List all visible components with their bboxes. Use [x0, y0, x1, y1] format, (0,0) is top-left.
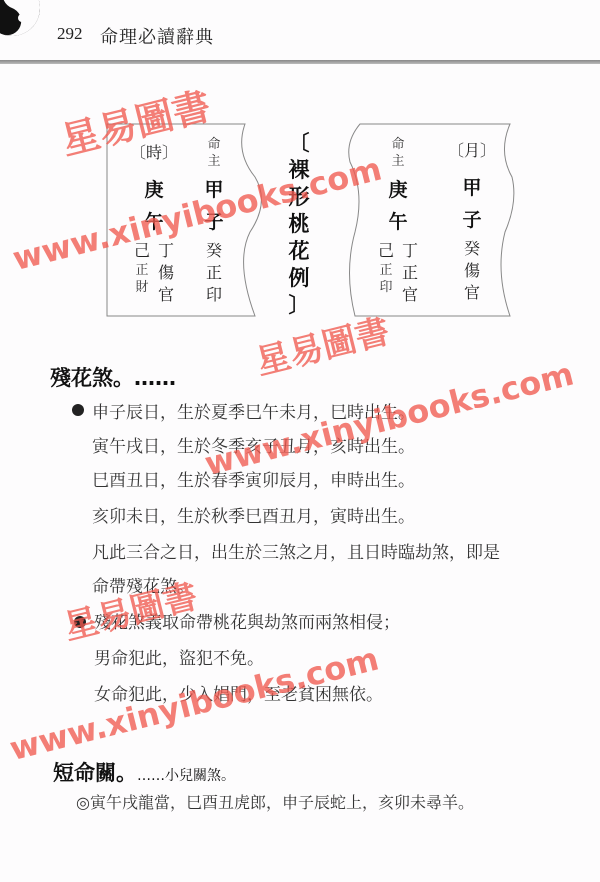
title-char: 例 [287, 265, 311, 292]
ten-god: 傷 [158, 262, 174, 284]
ten-god: 印 [379, 279, 392, 296]
ten-god: 正 [135, 262, 148, 279]
hidden-stem: 癸 [206, 240, 222, 262]
right-month-column: 〔月〕 甲 子 癸 傷 官 [440, 140, 504, 304]
title-char: 〔 [287, 130, 311, 157]
body-line: 申子辰日，生於夏季巳午未月，巳時出生。 [92, 398, 415, 423]
body-line: 殘花煞義取命帶桃花與劫煞而兩煞相侵； [94, 608, 400, 633]
ten-god: 正 [402, 262, 418, 284]
day-branch: 午 [388, 206, 407, 238]
left-hour-column: 〔時〕 庚 午 己 正 財 丁 傷 官 [126, 142, 182, 306]
month-label: 〔月〕 [448, 140, 496, 162]
ten-god: 官 [158, 284, 174, 306]
title-char: 〕 [287, 292, 311, 319]
hour-label: 〔時〕 [130, 142, 178, 164]
yin-yang-icon [0, 0, 42, 38]
left-day-column: 命 主 甲 子 癸 正 印 [196, 136, 232, 306]
hour-branch: 午 [144, 206, 163, 238]
ten-god: 印 [206, 284, 222, 306]
ming-zhu-label: 命 [207, 136, 220, 153]
ming-zhu-label: 主 [391, 153, 404, 170]
hidden-stem: 丁 [402, 240, 418, 262]
body-line: 男命犯此，盜犯不免。 [94, 644, 264, 669]
title-char: 形 [287, 184, 311, 211]
section-subtitle: ……小兒關煞。 [137, 768, 235, 784]
bullet-icon [72, 404, 84, 416]
body-line: 亥卯未日，生於秋季巳酉丑月，寅時出生。 [92, 502, 415, 527]
page-number: 292 [57, 24, 83, 44]
header-divider [0, 60, 600, 64]
hidden-stem: 己 [134, 240, 150, 262]
body-line: 命帶殘花煞。 [92, 572, 194, 597]
body-line: ◎寅午戌龍當，巳酉丑虎郎，申子辰蛇上，亥卯未尋羊。 [76, 790, 474, 813]
hidden-stem: 丁 [158, 240, 174, 262]
bullet-icon [74, 616, 86, 628]
ten-god: 官 [402, 284, 418, 306]
hour-stem: 庚 [144, 174, 163, 206]
body-line: 女命犯此，少入娼門，至老貧困無依。 [94, 680, 383, 705]
day-branch: 子 [204, 206, 223, 238]
ming-zhu-label: 主 [207, 153, 220, 170]
page-header: 292 命理必讀辭典 [0, 0, 600, 62]
example-vertical-title: 〔 裸 形 桃 花 例 〕 [287, 130, 311, 319]
ten-god: 官 [464, 282, 480, 304]
section-title-duanming: 短命關。……小兒關煞。 [53, 757, 235, 787]
body-line: 凡此三合之日，出生於三煞之月，且日時臨劫煞，即是 [92, 538, 500, 563]
hidden-stem: 己 [378, 240, 394, 262]
title-char: 桃 [287, 211, 311, 238]
day-stem: 庚 [388, 174, 407, 206]
day-stem: 甲 [204, 174, 223, 206]
month-stem: 甲 [462, 172, 481, 204]
ten-god: 正 [206, 262, 222, 284]
ten-god: 財 [135, 279, 148, 296]
right-day-column: 命 主 庚 午 己 正 印 丁 正 官 [370, 136, 426, 306]
month-branch: 子 [462, 204, 481, 236]
title-char: 花 [287, 238, 311, 265]
hidden-stem: 癸 [464, 238, 480, 260]
ming-zhu-label: 命 [391, 136, 404, 153]
body-line: 寅午戌日，生於冬季亥子丑月，亥時出生。 [92, 432, 415, 457]
ten-god: 傷 [464, 260, 480, 282]
book-title: 命理必讀辭典 [100, 23, 214, 49]
body-line: 巳酉丑日，生於春季寅卯辰月，申時出生。 [92, 466, 415, 491]
section-title-text: 短命關。 [53, 761, 137, 785]
section-title-canhua: 殘花煞。…… [50, 362, 176, 392]
ten-god: 正 [379, 262, 392, 279]
title-char: 裸 [287, 157, 311, 184]
